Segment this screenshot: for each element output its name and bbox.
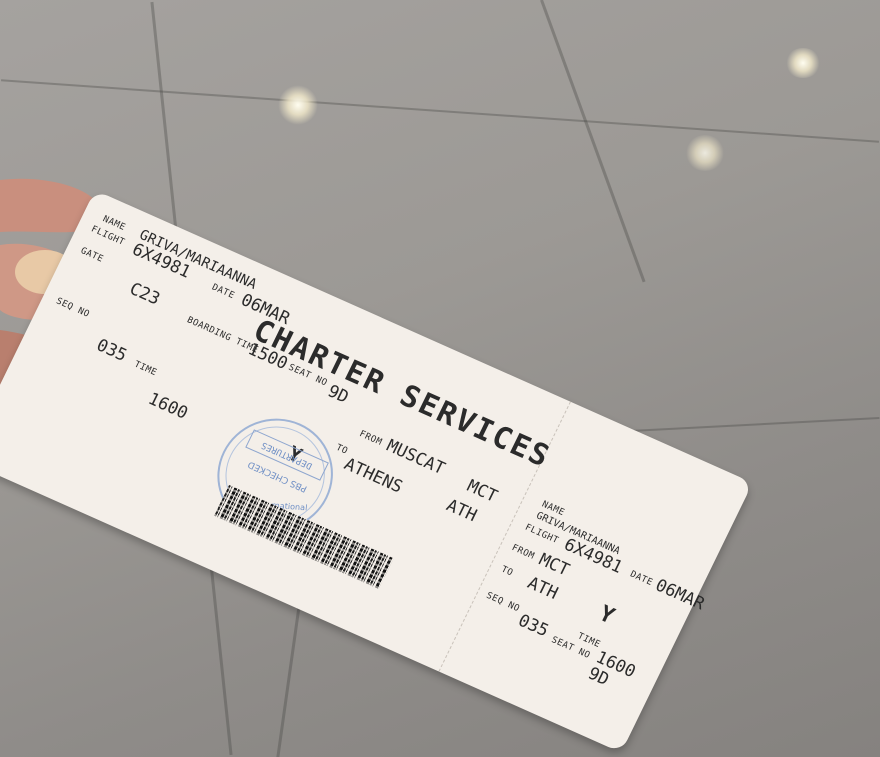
gate-label: GATE [79, 246, 105, 265]
to-label: TO [334, 443, 349, 457]
stub-from-label: FROM [510, 543, 536, 562]
departure-time: 1600 [145, 389, 191, 424]
seq-number: 035 [93, 335, 130, 365]
seq-label: SEQ NO [54, 296, 91, 319]
destination-city: ATHENS [341, 454, 406, 497]
floor-seam [1, 79, 879, 142]
date-label: DATE [210, 283, 236, 302]
ceiling-light-reflection [278, 85, 318, 125]
origin-city: MUSCAT [383, 436, 448, 479]
ceiling-light-reflection [685, 135, 725, 171]
stub-date-label: DATE [628, 569, 654, 588]
ceiling-light-reflection [785, 48, 821, 78]
gate: C23 [126, 279, 163, 309]
stub-seq-label: SEQ NO [484, 591, 521, 614]
floor-seam [540, 0, 645, 282]
from-label: FROM [358, 429, 384, 448]
stub-travel-class: Y [595, 601, 618, 629]
stub-destination-code: ATH [524, 573, 561, 603]
stub-seq-number: 035 [515, 611, 552, 641]
time-label: TIME [132, 360, 158, 379]
destination-code: ATH [443, 496, 480, 526]
origin-code: MCT [464, 476, 501, 506]
stub-to-label: TO [499, 565, 514, 579]
stub-date: 06MAR [652, 575, 708, 614]
